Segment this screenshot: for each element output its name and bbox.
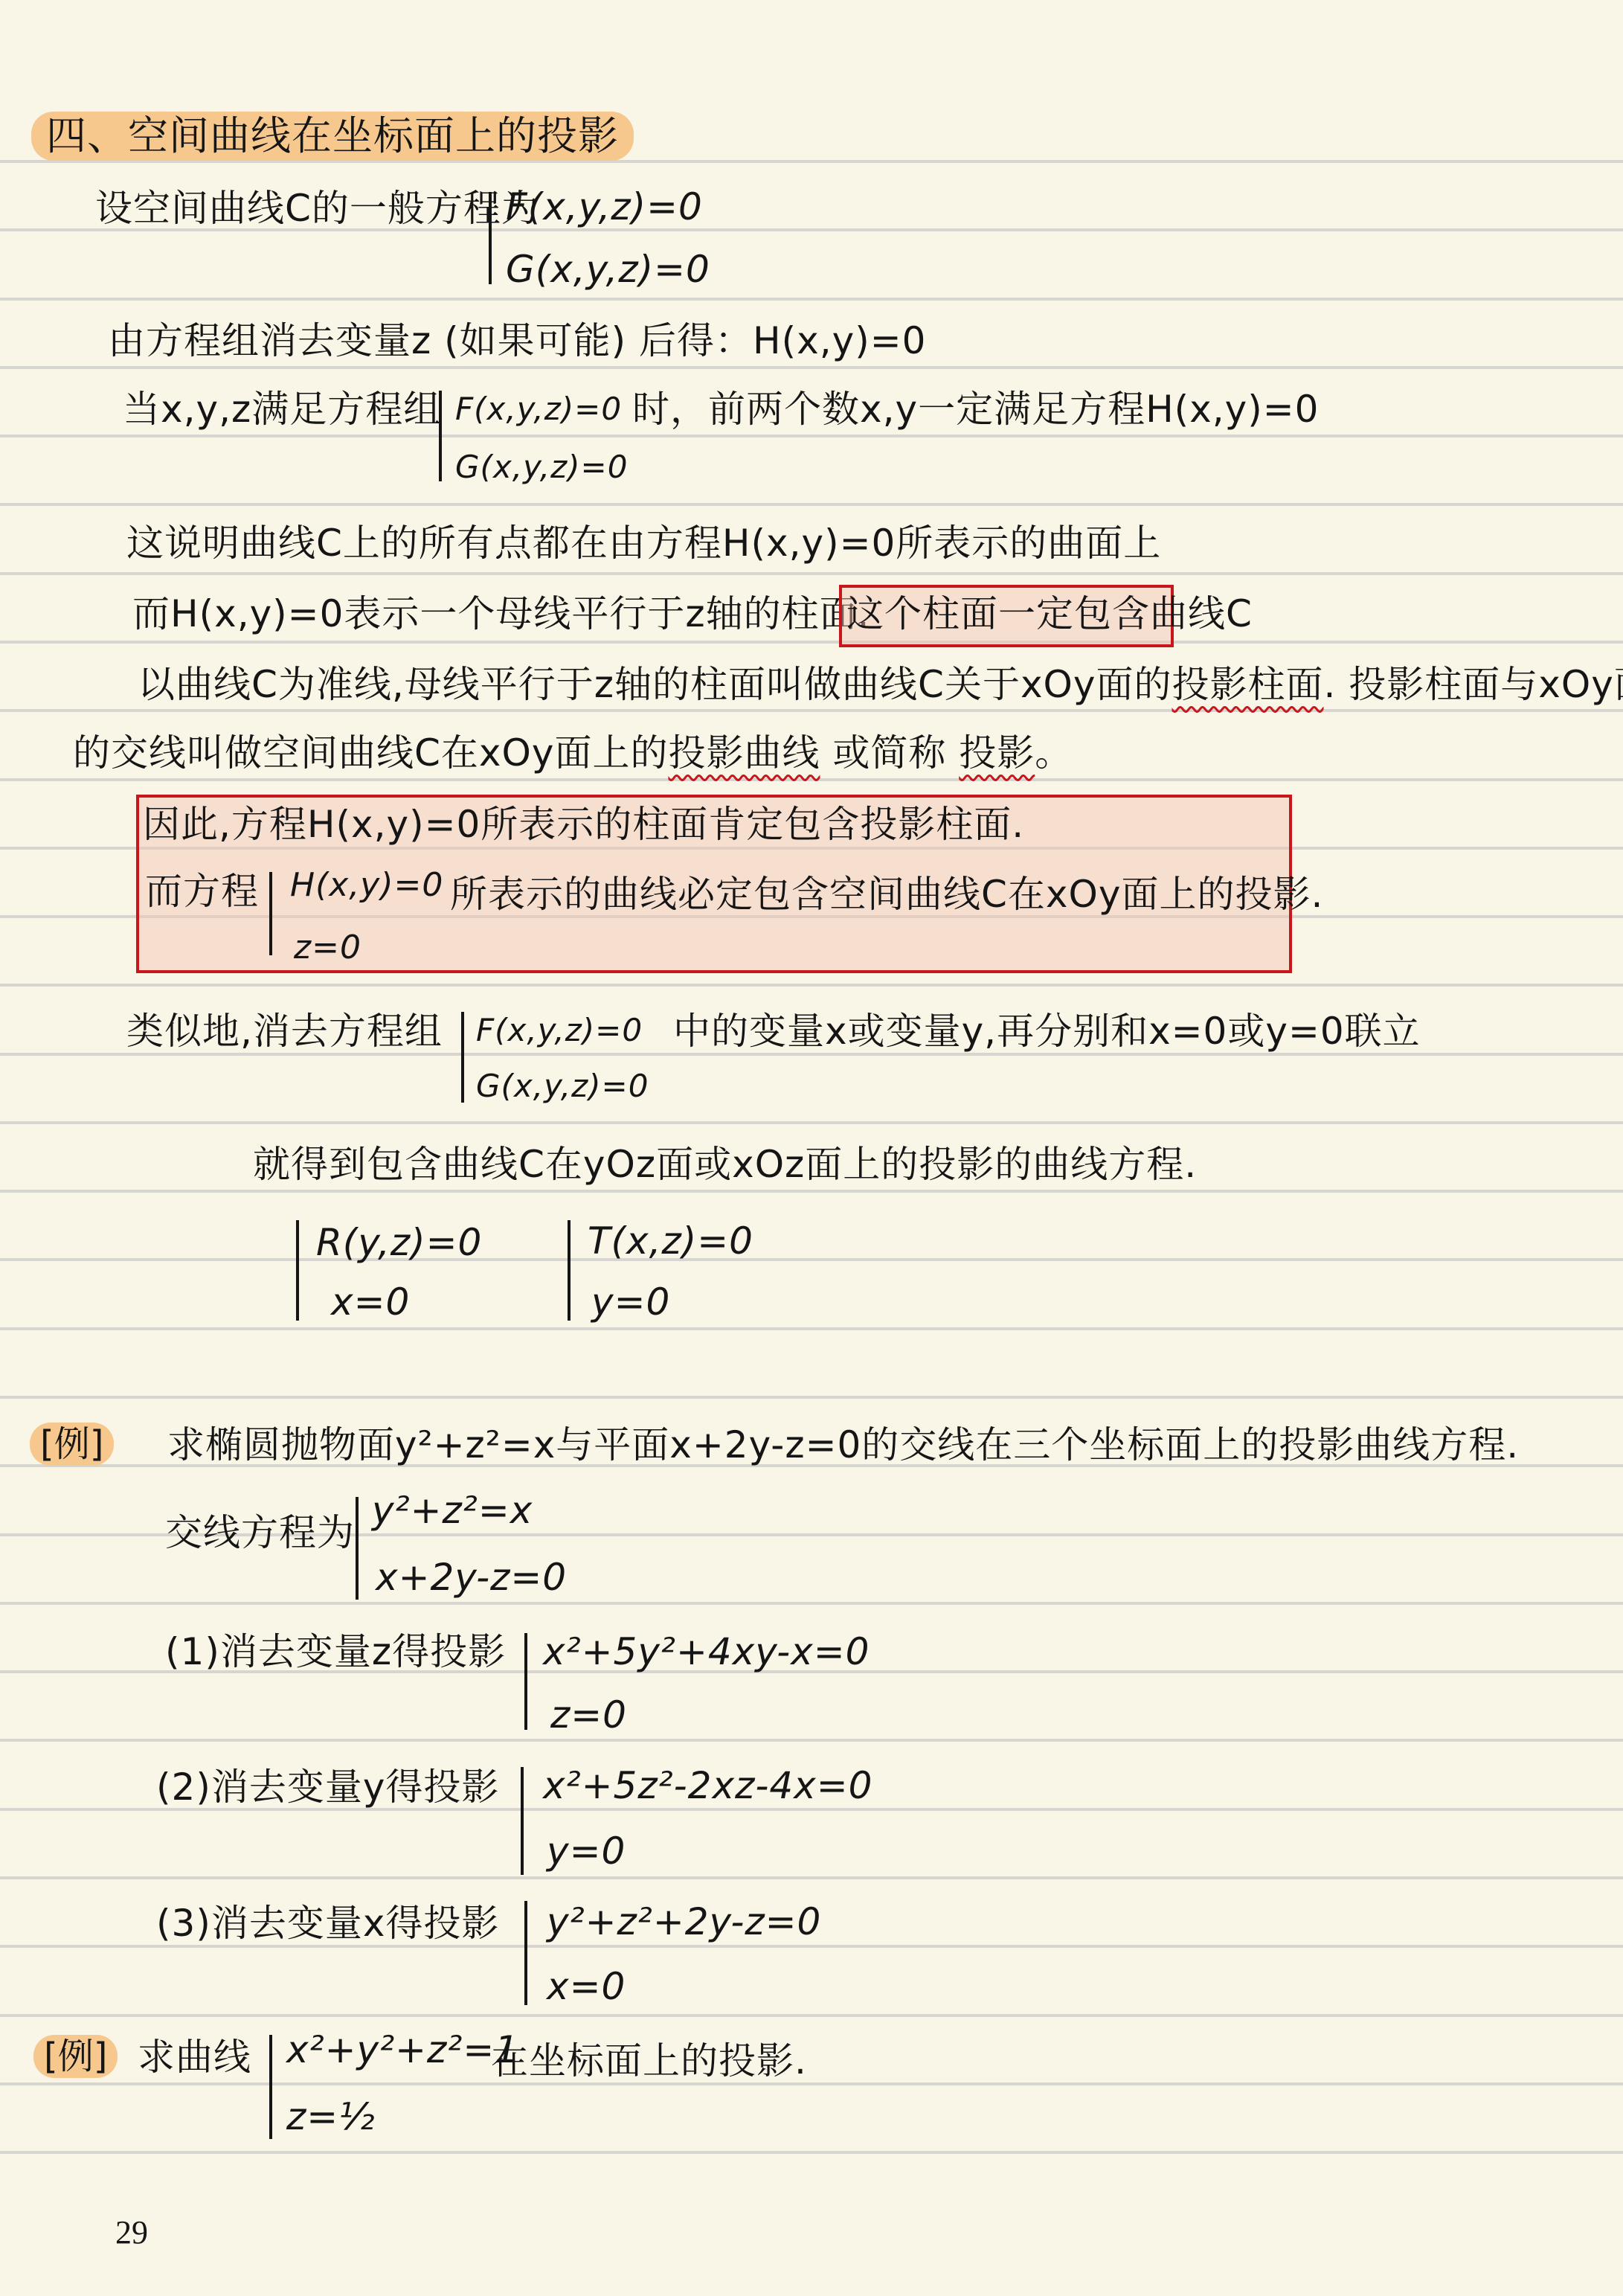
similar-prefix: 类似地,消去方程组	[126, 1009, 443, 1054]
ruled-line	[0, 1876, 1623, 1879]
similar-eq-f: F(x,y,z)=0	[476, 1008, 643, 1053]
example2-eq-1: x²+y²+z²=1	[286, 2027, 519, 2072]
cylinder-line: 而H(x,y)=0表示一个母线平行于z轴的柱面.	[132, 591, 870, 636]
example-tag: [例]	[30, 1423, 114, 1466]
boxed-note-line1: 因此,方程H(x,y)=0所表示的柱面肯定包含投影柱面.	[143, 802, 1024, 847]
brace-icon	[524, 1901, 527, 2005]
brace-icon	[296, 1220, 299, 1321]
step3-label: (3)消去变量x得投影	[156, 1901, 499, 1946]
ruled-line	[0, 298, 1623, 301]
ruled-line	[0, 1396, 1623, 1399]
intersection-eq-2: x+2y-z=0	[376, 1555, 567, 1600]
ruled-line	[0, 1739, 1623, 1742]
term-projection-cylinder: 投影柱面	[1172, 663, 1324, 706]
ruled-line	[0, 1327, 1623, 1330]
satisfy-eq-f: F(x,y,z)=0	[455, 387, 622, 432]
intersection-eq-1: y²+z²=x	[372, 1488, 533, 1533]
example-tag: [例]	[33, 2035, 118, 2078]
brace-icon	[356, 1497, 359, 1600]
definition-text: 的交线叫做空间曲线C在xOy面上的	[73, 731, 668, 775]
eq-xoz-y: y=0	[591, 1280, 670, 1324]
eq-yoz-x: x=0	[331, 1280, 410, 1324]
example2-eq-2: z=½	[286, 2094, 376, 2139]
ruled-line	[0, 366, 1623, 369]
definition-text: . 投影柱面与xOy面	[1324, 663, 1623, 706]
general-eq-g: G(x,y,z)=0	[506, 247, 710, 292]
example2-prefix: 求曲线	[138, 2035, 251, 2079]
satisfy-suffix: 时，前两个数x,y一定满足方程H(x,y)=0	[632, 387, 1319, 432]
general-eq-f: F(x,y,z)=0	[506, 185, 703, 229]
step1-eq-2: z=0	[550, 1693, 627, 1737]
boxed-eq-z: z=0	[294, 926, 361, 970]
step1-eq-1: x²+5y²+4xy-x=0	[543, 1629, 870, 1674]
step3-eq-2: x=0	[547, 1964, 626, 2009]
example2-suffix: 在坐标面上的投影.	[491, 2039, 807, 2083]
intersection-label: 交线方程为	[165, 1510, 355, 1555]
ruled-line	[0, 2082, 1623, 2085]
similar-result: 就得到包含曲线C在yOz面或xOz面上的投影的曲线方程.	[253, 1142, 1197, 1187]
section-title: 四、空间曲线在坐标面上的投影	[31, 112, 634, 161]
ruled-line	[0, 572, 1623, 575]
general-eq-label: 设空间曲线C的一般方程为	[95, 186, 539, 231]
brace-icon	[489, 192, 492, 284]
similar-eq-g: G(x,y,z)=0	[476, 1064, 649, 1109]
step3-eq-1: y²+z²+2y-z=0	[547, 1899, 821, 1944]
brace-icon	[269, 2035, 272, 2139]
ruled-line	[0, 2014, 1623, 2017]
example1-problem: 求椭圆抛物面y²+z²=x与平面x+2y-z=0的交线在三个坐标面上的投影曲线方…	[167, 1423, 1519, 1467]
brace-icon	[568, 1220, 571, 1321]
ruled-line	[0, 503, 1623, 506]
brace-icon	[461, 1012, 464, 1103]
definition-text: 以曲线C为准线,母线平行于z轴的柱面叫做曲线C关于xOy面的	[138, 663, 1172, 706]
boxed-eq-h: H(x,y)=0	[290, 863, 443, 908]
boxed-note-suffix: 所表示的曲线必定包含空间曲线C在xOy面上的投影.	[450, 872, 1323, 917]
step2-eq-1: x²+5z²-2xz-4x=0	[543, 1763, 872, 1808]
brace-icon	[439, 391, 442, 481]
ruled-line	[0, 2151, 1623, 2154]
ruled-line	[0, 434, 1623, 437]
definition-line-2: 的交线叫做空间曲线C在xOy面上的投影曲线 或简称 投影。	[73, 731, 1073, 775]
definition-line-1: 以曲线C为准线,母线平行于z轴的柱面叫做曲线C关于xOy面的投影柱面. 投影柱面…	[138, 662, 1623, 707]
definition-text: 。	[1035, 731, 1073, 775]
brace-icon	[269, 872, 272, 955]
ruled-line	[0, 641, 1623, 644]
brace-icon	[524, 1633, 527, 1730]
similar-suffix: 中的变量x或变量y,再分别和x=0或y=0联立	[673, 1009, 1421, 1054]
ruled-line	[0, 778, 1623, 781]
step1-label: (1)消去变量z得投影	[165, 1629, 506, 1674]
ruled-line	[0, 984, 1623, 987]
eliminate-line: 由方程组消去变量z (如果可能) 后得：H(x,y)=0	[108, 318, 926, 363]
boxed-note-prefix: 而方程	[145, 869, 259, 914]
ruled-line	[0, 1121, 1623, 1124]
page-number: 29	[115, 2213, 148, 2251]
brace-icon	[521, 1767, 524, 1875]
cylinder-boxed-text: 这个柱面一定包含曲线C	[846, 591, 1253, 636]
satisfy-eq-g: G(x,y,z)=0	[455, 445, 628, 490]
explain-line: 这说明曲线C上的所有点都在由方程H(x,y)=0所表示的曲面上	[126, 521, 1161, 565]
eq-yoz-r: R(y,z)=0	[316, 1220, 482, 1265]
satisfy-prefix: 当x,y,z满足方程组	[123, 387, 441, 432]
definition-text: 或简称	[820, 731, 959, 775]
ruled-line	[0, 1190, 1623, 1193]
ruled-line	[0, 1602, 1623, 1605]
step2-eq-2: y=0	[547, 1829, 626, 1873]
term-projection: 投影	[959, 731, 1035, 775]
eq-xoz-t: T(x,z)=0	[588, 1219, 753, 1263]
term-projection-curve: 投影曲线	[668, 731, 820, 775]
ruled-line	[0, 1258, 1623, 1261]
step2-label: (2)消去变量y得投影	[156, 1765, 499, 1809]
ruled-line	[0, 709, 1623, 712]
